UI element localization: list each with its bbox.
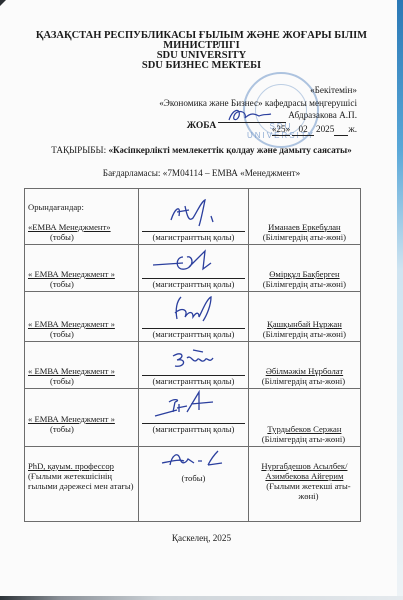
topic-title: «Кәсіпкерлікті мемлекеттік қолдау және д… xyxy=(108,145,351,155)
topic-label: ТАҚЫРЫБЫ: xyxy=(51,145,108,155)
group-name: « ЕМВА Менеджмент » xyxy=(28,414,135,424)
signature-table: Орындағандар: «ЕМВА Менеджмент» (тобы) (… xyxy=(24,188,361,522)
supervisor-signature-caption: (тобы) xyxy=(142,473,245,483)
group-caption: (тобы) xyxy=(28,279,135,289)
signature-icon xyxy=(153,247,233,275)
department-head-title: «Экономика және Бизнес» кафедрасы меңгер… xyxy=(159,97,357,110)
group-name: « ЕМВА Менеджмент » xyxy=(28,366,135,376)
name-caption: (Білімгердің аты-жөні) xyxy=(252,232,357,242)
name-caption: (Білімгердің аты-жөні) xyxy=(252,434,357,444)
signature-cell: (магистранттың қолы) xyxy=(139,245,249,292)
topic-line: ТАҚЫРЫБЫ: «Кәсіпкерлікті мемлекеттік қол… xyxy=(0,145,403,155)
supervisor-name: Нургабдешов Асылбек/Азимбекова Айгерим xyxy=(252,461,357,481)
signature-icon xyxy=(163,198,223,228)
signature-caption: (магистранттың қолы) xyxy=(142,278,245,289)
group-caption: (тобы) xyxy=(28,424,135,434)
group-caption: (тобы) xyxy=(28,376,135,386)
group-cell: Орындағандар: «ЕМВА Менеджмент» (тобы) xyxy=(25,189,139,245)
ministry-header: ҚАЗАҚСТАН РЕСПУБЛИКАСЫ ҒЫЛЫМ ЖӘНЕ ЖОҒАРЫ… xyxy=(0,31,403,71)
table-row-supervisor: PhD, қауым. профессор (Ғылыми жетекшісін… xyxy=(25,447,361,522)
name-caption: (Білімгердің аты-жөні) xyxy=(252,279,357,289)
signature-caption: (магистранттың қолы) xyxy=(142,423,245,434)
table-row: « ЕМВА Менеджмент » (тобы) (магистрантты… xyxy=(25,389,361,447)
table-row: « ЕМВА Менеджмент » (тобы) (магистрантты… xyxy=(25,342,361,389)
group-name: « ЕМВА Менеджмент » xyxy=(28,269,135,279)
table-row: « ЕМВА Менеджмент » (тобы) (магистрантты… xyxy=(25,292,361,342)
document-type: ЖОБА xyxy=(0,121,403,131)
group-cell: « ЕМВА Менеджмент » (тобы) xyxy=(25,292,139,342)
head-name: Абдразакова А.П. xyxy=(288,110,357,120)
supervisor-degree-caption: (Ғылыми жетекшісінің ғылыми дәрежесі мен… xyxy=(28,471,135,491)
name-cell: Турдыбеков Сержан (Білімгердің аты-жөні) xyxy=(248,389,360,447)
signature-cell: (магистранттың қолы) xyxy=(139,342,249,389)
supervisor-degree: PhD, қауым. профессор xyxy=(28,461,135,471)
group-cell: « ЕМВА Менеджмент » (тобы) xyxy=(25,245,139,292)
student-name: Иманаев Еркебұлан xyxy=(252,222,357,232)
name-caption: (Білімгердің аты-жөні) xyxy=(252,329,357,339)
signature-caption: (магистранттың қолы) xyxy=(142,231,245,242)
page-corner-shadow xyxy=(0,0,6,6)
page-edge-bottom xyxy=(0,596,403,600)
signature-icon xyxy=(158,449,228,471)
performers-label: Орындағандар: xyxy=(28,202,135,212)
student-name: Өмірқұл Бақберген xyxy=(252,269,357,279)
table-row: « ЕМВА Менеджмент » (тобы) (магистрантты… xyxy=(25,245,361,292)
program-line: Бағдарламасы: «7М04114 – ЕМВА «Менеджмен… xyxy=(0,168,403,178)
signature-cell: (магистранттың қолы) xyxy=(139,389,249,447)
signature-caption: (магистранттың қолы) xyxy=(142,375,245,386)
signature-cell: (магистранттың қолы) xyxy=(139,292,249,342)
student-name: Қашқынбай Нұржан xyxy=(252,319,357,329)
supervisor-signature-cell: (тобы) xyxy=(139,447,249,522)
group-name: « ЕМВА Менеджмент » xyxy=(28,319,135,329)
header-line-school: SDU БИЗНЕС МЕКТЕБІ xyxy=(0,61,403,71)
group-caption: (тобы) xyxy=(28,232,135,242)
signature-caption: (магистранттың қолы) xyxy=(142,328,245,339)
name-cell: Әбілмәжім Нұрболат (Білімгердің аты-жөні… xyxy=(248,342,360,389)
group-cell: « ЕМВА Менеджмент » (тобы) xyxy=(25,389,139,447)
signature-icon xyxy=(163,293,223,325)
signature-cell: (магистранттың қолы) xyxy=(139,189,249,245)
name-cell: Өмірқұл Бақберген (Білімгердің аты-жөні) xyxy=(248,245,360,292)
supervisor-name-caption: (Ғылыми жетекші аты-жөні) xyxy=(252,481,357,501)
supervisor-name-cell: Нургабдешов Асылбек/Азимбекова Айгерим (… xyxy=(248,447,360,522)
group-cell: « ЕМВА Менеджмент » (тобы) xyxy=(25,342,139,389)
table-row: Орындағандар: «ЕМВА Менеджмент» (тобы) (… xyxy=(25,189,361,245)
group-caption: (тобы) xyxy=(28,329,135,339)
page-edge-right xyxy=(397,0,403,600)
name-cell: Қашқынбай Нұржан (Білімгердің аты-жөні) xyxy=(248,292,360,342)
supervisor-degree-cell: PhD, қауым. профессор (Ғылыми жетекшісін… xyxy=(25,447,139,522)
name-caption: (Білімгердің аты-жөні) xyxy=(252,376,357,386)
student-name: Турдыбеков Сержан xyxy=(252,424,357,434)
student-name: Әбілмәжім Нұрболат xyxy=(252,366,357,376)
signature-icon xyxy=(153,390,233,420)
place-year: Қаскелең, 2025 xyxy=(0,533,403,543)
signature-icon xyxy=(163,346,223,372)
name-cell: Иманаев Еркебұлан (Білімгердің аты-жөні) xyxy=(248,189,360,245)
approve-label: «Бекітемін» xyxy=(159,84,357,97)
group-name: «ЕМВА Менеджмент» xyxy=(28,222,135,232)
